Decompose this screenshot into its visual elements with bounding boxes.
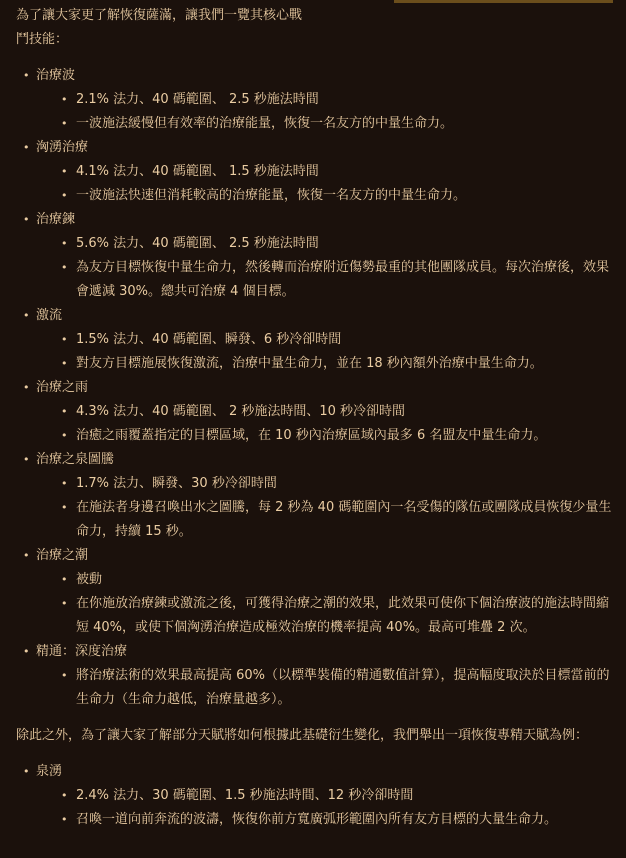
bullet-icon: • <box>23 760 30 784</box>
skill-detail: •1.7% 法力、瞬發、30 秒冷卻時間 <box>56 472 616 496</box>
bullet-icon: • <box>23 64 30 88</box>
skill-item-healing-rain: • 治療之雨 •4.3% 法力、40 碼範圍、 2 秒施法時間、10 秒冷卻時間… <box>16 376 616 448</box>
bullet-icon: • <box>23 136 30 160</box>
skill-name: 治療之雨 <box>36 380 88 395</box>
talent-details: •2.4% 法力、30 碼範圍、1.5 秒施法時間、12 秒冷卻時間 •召喚一道… <box>36 784 616 832</box>
bullet-icon: • <box>61 160 68 184</box>
skill-detail: •在你施放治療鍊或激流之後，可獲得治療之潮的效果，此效果可使你下個治療波的施法時… <box>56 592 616 640</box>
skill-detail: •2.1% 法力、40 碼範圍、 2.5 秒施法時間 <box>56 88 616 112</box>
skill-detail: •一波施法快速但消耗較高的治療能量，恢復一名友方的中量生命力。 <box>56 184 616 208</box>
skill-detail: •一波施法緩慢但有效率的治療能量，恢復一名友方的中量生命力。 <box>56 112 616 136</box>
skill-name: 精通：深度治療 <box>36 644 127 659</box>
skill-details: •4.3% 法力、40 碼範圍、 2 秒施法時間、10 秒冷卻時間 •治癒之雨覆… <box>36 400 616 448</box>
bullet-icon: • <box>23 640 30 664</box>
skill-detail: •被動 <box>56 568 616 592</box>
skill-item-healing-wave: • 治療波 •2.1% 法力、40 碼範圍、 2.5 秒施法時間 •一波施法緩慢… <box>16 64 616 136</box>
talent-detail: •召喚一道向前奔流的波濤，恢復你前方寬廣弧形範圍內所有友方目標的大量生命力。 <box>56 808 616 832</box>
bullet-icon: • <box>61 568 68 592</box>
skill-detail: •4.3% 法力、40 碼範圍、 2 秒施法時間、10 秒冷卻時間 <box>56 400 616 424</box>
skill-detail: •在施法者身邊召喚出水之圖騰，每 2 秒為 40 碼範圍內一名受傷的隊伍或團隊成… <box>56 496 616 544</box>
skill-details: •將治療法術的效果最高提高 60%（以標準裝備的精通數值計算），提高幅度取決於目… <box>36 664 616 712</box>
bullet-icon: • <box>61 112 68 136</box>
bullet-icon: • <box>61 592 68 616</box>
talent-name: 泉湧 <box>36 764 62 779</box>
bullet-icon: • <box>61 256 68 280</box>
skill-item-chain-heal: • 治療鍊 •5.6% 法力、40 碼範圍、 2.5 秒施法時間 •為友方目標恢… <box>16 208 616 304</box>
skill-detail: •對友方目標施展恢復激流，治療中量生命力，並在 18 秒內額外治療中量生命力。 <box>56 352 616 376</box>
skill-item-riptide: • 激流 •1.5% 法力、40 碼範圍、瞬發、6 秒冷卻時間 •對友方目標施展… <box>16 304 616 376</box>
article-content: 為了讓大家更了解恢復薩滿，讓我們一覽其核心戰鬥技能： • 治療波 •2.1% 法… <box>16 4 616 832</box>
skill-detail: •1.5% 法力、40 碼範圍、瞬發、6 秒冷卻時間 <box>56 328 616 352</box>
bullet-icon: • <box>61 424 68 448</box>
skill-item-healing-stream-totem: • 治療之泉圖騰 •1.7% 法力、瞬發、30 秒冷卻時間 •在施法者身邊召喚出… <box>16 448 616 544</box>
skill-details: •被動 •在你施放治療鍊或激流之後，可獲得治療之潮的效果，此效果可使你下個治療波… <box>36 568 616 640</box>
bullet-icon: • <box>61 664 68 688</box>
skill-name: 洶湧治療 <box>36 140 88 155</box>
skill-details: •4.1% 法力、40 碼範圍、 1.5 秒施法時間 •一波施法快速但消耗較高的… <box>36 160 616 208</box>
skill-name: 治療波 <box>36 68 75 83</box>
bullet-icon: • <box>61 784 68 808</box>
bullet-icon: • <box>23 208 30 232</box>
bullet-icon: • <box>61 88 68 112</box>
bullet-icon: • <box>61 496 68 520</box>
intro-paragraph: 為了讓大家更了解恢復薩滿，讓我們一覽其核心戰鬥技能： <box>16 4 306 52</box>
talent-item-wellspring: • 泉湧 •2.4% 法力、30 碼範圍、1.5 秒施法時間、12 秒冷卻時間 … <box>16 760 616 832</box>
skill-details: •1.7% 法力、瞬發、30 秒冷卻時間 •在施法者身邊召喚出水之圖騰，每 2 … <box>36 472 616 544</box>
skill-details: •1.5% 法力、40 碼範圍、瞬發、6 秒冷卻時間 •對友方目標施展恢復激流，… <box>36 328 616 376</box>
skill-name: 治療鍊 <box>36 212 75 227</box>
skill-details: •2.1% 法力、40 碼範圍、 2.5 秒施法時間 •一波施法緩慢但有效率的治… <box>36 88 616 136</box>
skill-details: •5.6% 法力、40 碼範圍、 2.5 秒施法時間 •為友方目標恢復中量生命力… <box>36 232 616 304</box>
skill-name: 激流 <box>36 308 62 323</box>
top-accent-bar <box>394 0 613 3</box>
skill-detail: •治癒之雨覆蓋指定的目標區域，在 10 秒內治療區域內最多 6 名盟友中量生命力… <box>56 424 616 448</box>
bullet-icon: • <box>61 352 68 376</box>
skill-detail: •為友方目標恢復中量生命力，然後轉而治療附近傷勢最重的其他團隊成員。每次治療後，… <box>56 256 616 304</box>
skill-list: • 治療波 •2.1% 法力、40 碼範圍、 2.5 秒施法時間 •一波施法緩慢… <box>16 64 616 712</box>
bullet-icon: • <box>61 232 68 256</box>
talent-list: • 泉湧 •2.4% 法力、30 碼範圍、1.5 秒施法時間、12 秒冷卻時間 … <box>16 760 616 832</box>
skill-item-mastery-deep-healing: • 精通：深度治療 •將治療法術的效果最高提高 60%（以標準裝備的精通數值計算… <box>16 640 616 712</box>
skill-detail: •將治療法術的效果最高提高 60%（以標準裝備的精通數值計算），提高幅度取決於目… <box>56 664 616 712</box>
bullet-icon: • <box>61 400 68 424</box>
bullet-icon: • <box>61 184 68 208</box>
bullet-icon: • <box>23 448 30 472</box>
skill-item-tidal-waves: • 治療之潮 •被動 •在你施放治療鍊或激流之後，可獲得治療之潮的效果，此效果可… <box>16 544 616 640</box>
skill-name: 治療之泉圖騰 <box>36 452 114 467</box>
skill-detail: •5.6% 法力、40 碼範圍、 2.5 秒施法時間 <box>56 232 616 256</box>
outro-paragraph: 除此之外，為了讓大家了解部分天賦將如何根據此基礎衍生變化，我們舉出一項恢復專精天… <box>16 724 611 748</box>
bullet-icon: • <box>23 304 30 328</box>
skill-name: 治療之潮 <box>36 548 88 563</box>
skill-detail: •4.1% 法力、40 碼範圍、 1.5 秒施法時間 <box>56 160 616 184</box>
talent-detail: •2.4% 法力、30 碼範圍、1.5 秒施法時間、12 秒冷卻時間 <box>56 784 616 808</box>
bullet-icon: • <box>61 808 68 832</box>
bullet-icon: • <box>61 328 68 352</box>
bullet-icon: • <box>61 472 68 496</box>
bullet-icon: • <box>23 544 30 568</box>
skill-item-healing-surge: • 洶湧治療 •4.1% 法力、40 碼範圍、 1.5 秒施法時間 •一波施法快… <box>16 136 616 208</box>
bullet-icon: • <box>23 376 30 400</box>
